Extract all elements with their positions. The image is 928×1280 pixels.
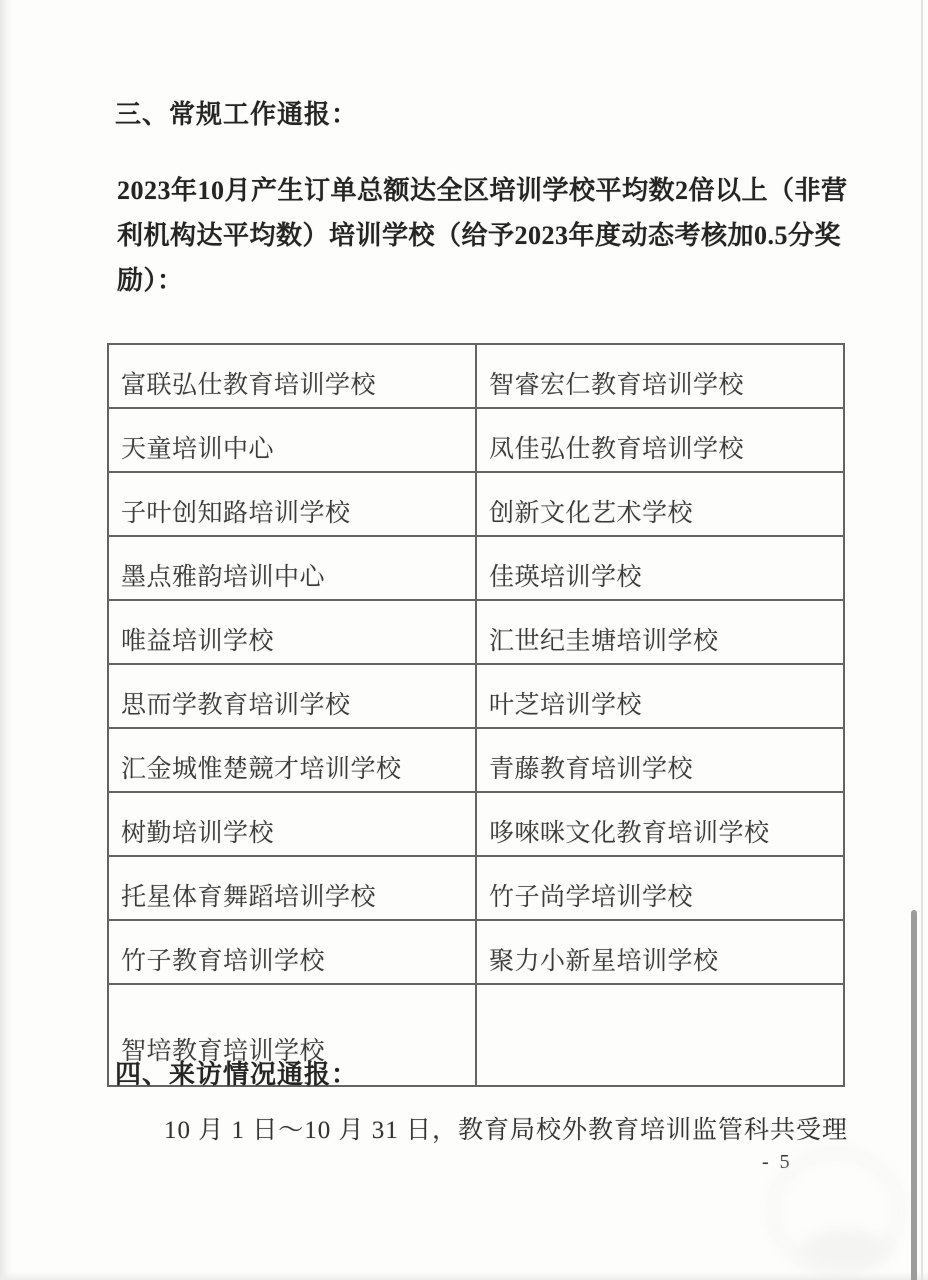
table-row: 天童培训中心 凤佳弘仕教育培训学校 — [108, 408, 844, 472]
table-row: 墨点雅韵培训中心 佳瑛培训学校 — [108, 536, 844, 600]
schools-table: 富联弘仕教育培训学校 智睿宏仁教育培训学校 天童培训中心 凤佳弘仕教育培训学校 … — [107, 343, 845, 1087]
table-row: 子叶创知路培训学校 创新文化艺术学校 — [108, 472, 844, 536]
school-cell: 聚力小新星培训学校 — [476, 920, 844, 984]
table-row: 竹子教育培训学校 聚力小新星培训学校 — [108, 920, 844, 984]
school-cell: 智睿宏仁教育培训学校 — [476, 344, 844, 408]
school-cell: 树勤培训学校 — [108, 792, 476, 856]
page-right-edge — [921, 0, 923, 1280]
school-cell: 墨点雅韵培训中心 — [108, 536, 476, 600]
table-row: 思而学教育培训学校 叶芝培训学校 — [108, 664, 844, 728]
school-cell: 富联弘仕教育培训学校 — [108, 344, 476, 408]
table-row: 汇金城惟楚競才培训学校 青藤教育培训学校 — [108, 728, 844, 792]
table-row: 唯益培训学校 汇世纪圭塘培训学校 — [108, 600, 844, 664]
section-4-heading: 四、来访情况通报： — [115, 1061, 358, 1088]
school-cell: 青藤教育培训学校 — [476, 728, 844, 792]
school-cell: 子叶创知路培训学校 — [108, 472, 476, 536]
document-page: 三、常规工作通报： 2023年10月产生订单总额达全区培训学校平均数2倍以上（非… — [0, 0, 928, 1280]
paragraph-line: 2023年10月产生订单总额达全区培训学校平均数2倍以上（非营 — [117, 168, 848, 213]
school-cell: 叶芝培训学校 — [476, 664, 844, 728]
school-cell: 佳瑛培训学校 — [476, 536, 844, 600]
school-cell: 汇世纪圭塘培训学校 — [476, 600, 844, 664]
table-row: 树勤培训学校 哆唻咪文化教育培训学校 — [108, 792, 844, 856]
page-number: - 5 — [762, 1151, 793, 1174]
school-cell: 思而学教育培训学校 — [108, 664, 476, 728]
page-left-edge-shadow — [0, 0, 14, 1280]
section-3-paragraph: 2023年10月产生订单总额达全区培训学校平均数2倍以上（非营 利机构达平均数）… — [117, 168, 848, 303]
scan-smudge — [800, 1230, 890, 1270]
table-row: 富联弘仕教育培训学校 智睿宏仁教育培训学校 — [108, 344, 844, 408]
school-cell: 汇金城惟楚競才培训学校 — [108, 728, 476, 792]
school-cell: 竹子尚学培训学校 — [476, 856, 844, 920]
school-cell: 凤佳弘仕教育培训学校 — [476, 408, 844, 472]
school-cell — [476, 984, 844, 1086]
paragraph-line: 励）： — [117, 258, 848, 303]
paragraph-line: 利机构达平均数）培训学校（给予2023年度动态考核加0.5分奖 — [117, 213, 848, 258]
vertical-scrollbar-thumb[interactable] — [911, 910, 917, 1280]
school-cell: 创新文化艺术学校 — [476, 472, 844, 536]
school-cell: 托星体育舞蹈培训学校 — [108, 856, 476, 920]
school-cell: 唯益培训学校 — [108, 600, 476, 664]
table-row: 托星体育舞蹈培训学校 竹子尚学培训学校 — [108, 856, 844, 920]
section-3-heading: 三、常规工作通报： — [115, 101, 358, 128]
school-cell: 天童培训中心 — [108, 408, 476, 472]
school-cell: 竹子教育培训学校 — [108, 920, 476, 984]
section-4-paragraph: 10 月 1 日～10 月 31 日，教育局校外教育培训监管科共受理 — [164, 1116, 848, 1146]
page-bottom-edge-shadow — [0, 1272, 928, 1280]
school-cell: 哆唻咪文化教育培训学校 — [476, 792, 844, 856]
